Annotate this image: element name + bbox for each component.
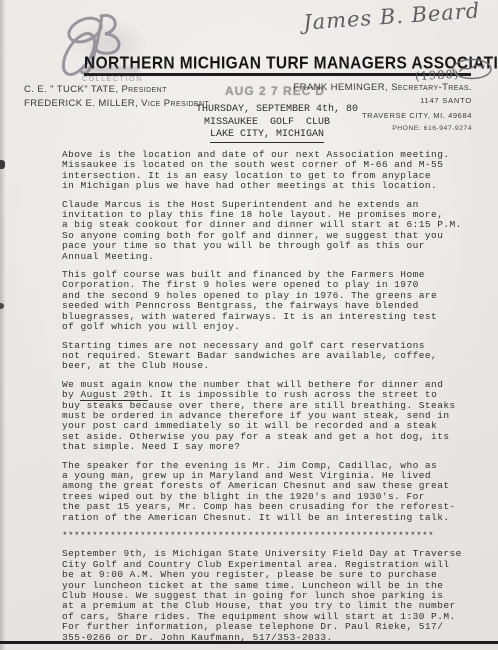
collection-stamp: COLLECTION <box>82 76 143 83</box>
officers-left-block: C. E. " TUCK" TATE, President FREDERICK … <box>24 83 209 111</box>
paragraph-7: September 9th, is Michigan State Univers… <box>62 549 476 643</box>
paragraph-5-end: . It is impossible to rush across the st… <box>62 389 456 452</box>
scanned-letter-page: James B. Beard NORTHERN MICHIGAN TURF MA… <box>0 0 498 650</box>
scan-bottom-edge <box>0 641 498 644</box>
letter-body: Above is the location and date of our ne… <box>62 150 476 650</box>
vice-president-line: FREDERICK E. MILLER, Vice President <box>24 97 209 111</box>
circled-initials-scribble <box>451 57 493 81</box>
secretary-line: FRANK HEMINGER, Secretary-Treas. <box>293 82 472 93</box>
paragraph-1: Above is the location and date of our ne… <box>62 150 476 192</box>
paragraph-5: We must again know the number that will … <box>62 380 476 453</box>
meeting-location: LAKE CITY, MICHIGAN <box>210 129 324 143</box>
paragraph-3: This golf course was built and financed … <box>62 270 476 332</box>
scan-fleck <box>0 160 5 169</box>
paragraph-4: Starting times are not necessary and gol… <box>62 341 476 372</box>
paragraph-6: The speaker for the evening is Mr. Jim C… <box>62 461 476 523</box>
asterisk-separator: ****************************************… <box>62 531 476 541</box>
paragraph-2: Claude Marcus is the Host Superintendent… <box>62 200 476 262</box>
meeting-date-line: THURSDAY, SEPTEMBER 4th, 80 <box>196 104 338 117</box>
scan-edge-shadow <box>0 0 6 650</box>
handwritten-signature: James B. Beard <box>302 0 498 35</box>
collection-stamp-smear <box>82 66 140 73</box>
meeting-venue: MISSAUKEE GOLF CLUB <box>196 117 338 130</box>
president-line: C. E. " TUCK" TATE, President <box>24 83 209 97</box>
meeting-date-block: THURSDAY, SEPTEMBER 4th, 80 MISSAUKEE GO… <box>196 104 338 143</box>
